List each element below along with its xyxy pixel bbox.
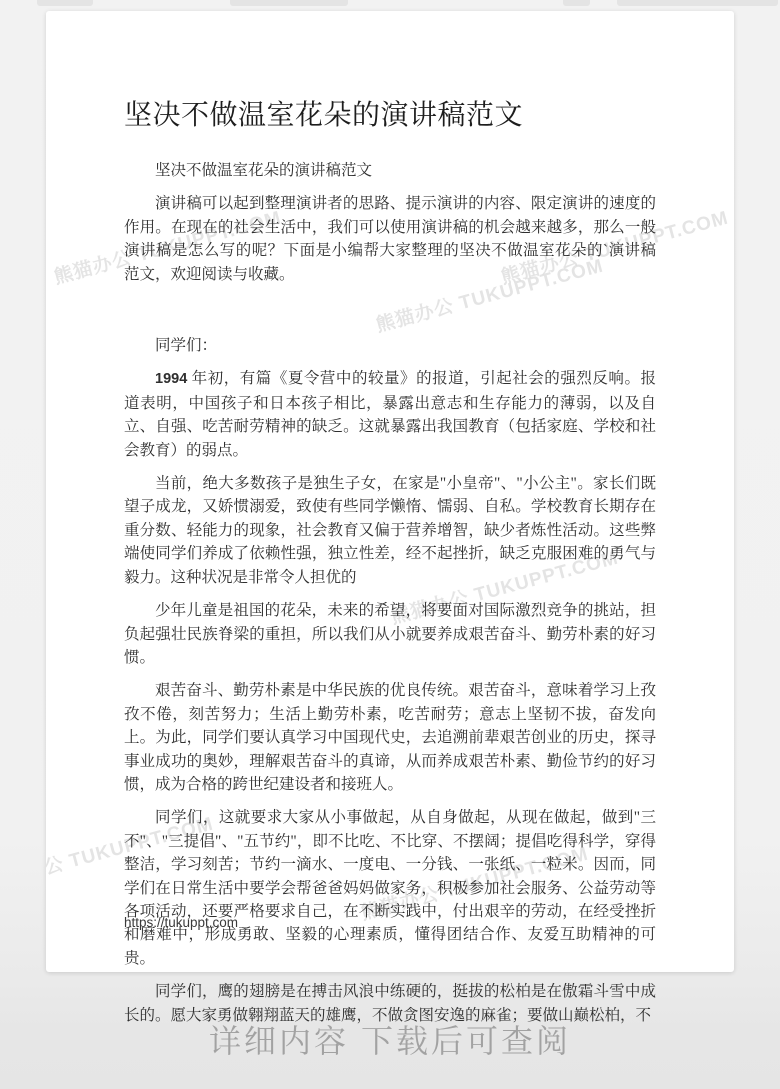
paragraph-intro: 演讲稿可以起到整理演讲者的思路、提示演讲的内容、限定演讲的速度的作用。在现在的社… bbox=[124, 192, 656, 286]
page-edge-chip bbox=[37, 0, 93, 6]
paragraph-1994-text: 年初，有篇《夏令营中的较量》的报道，引起社会的强烈反响。报道表明，中国孩子和日本… bbox=[124, 370, 656, 458]
page-edge-chip bbox=[563, 0, 590, 6]
download-hint-text: 详细内容 下载后可查阅 bbox=[0, 1016, 780, 1062]
footer-url: https://tukuppt.com bbox=[124, 915, 238, 930]
paragraph-greeting: 同学们： bbox=[124, 334, 656, 357]
paragraph-current: 当前，绝大多数孩子是独生子女，在家是"小皇帝"、"小公主"。家长们既望子成龙，又… bbox=[124, 472, 656, 589]
page-edge-chip bbox=[230, 0, 348, 6]
paragraph-children: 少年儿童是祖国的花朵，未来的希望，将要面对国际激烈竞争的挑站，担负起强壮民族脊梁… bbox=[124, 599, 656, 669]
page-edge-chip bbox=[617, 0, 778, 6]
paragraph-1994: 1994 年初，有篇《夏令营中的较量》的报道，引起社会的强烈反响。报道表明，中国… bbox=[124, 367, 656, 462]
blank-lines bbox=[124, 296, 656, 334]
paragraph-tradition: 艰苦奋斗、勤劳朴素是中华民族的优良传统。艰苦奋斗，意味着学习上孜孜不倦，刻苦努力… bbox=[124, 679, 656, 796]
year-number: 1994 bbox=[155, 371, 187, 387]
document-page: 熊猫办公 TUKUPPT.COM 熊猫办公 TUKUPPT.COM 熊猫办公 T… bbox=[46, 11, 734, 972]
document-content: 坚决不做温室花朵的演讲稿范文 坚决不做温室花朵的演讲稿范文 演讲稿可以起到整理演… bbox=[124, 11, 656, 1037]
document-title: 坚决不做温室花朵的演讲稿范文 bbox=[124, 93, 656, 133]
paragraph-subtitle: 坚决不做温室花朵的演讲稿范文 bbox=[124, 159, 656, 182]
paragraph-require: 同学们，这就要求大家从小事做起，从自身做起，从现在做起，做到"三不"、"三提倡"… bbox=[124, 806, 656, 970]
